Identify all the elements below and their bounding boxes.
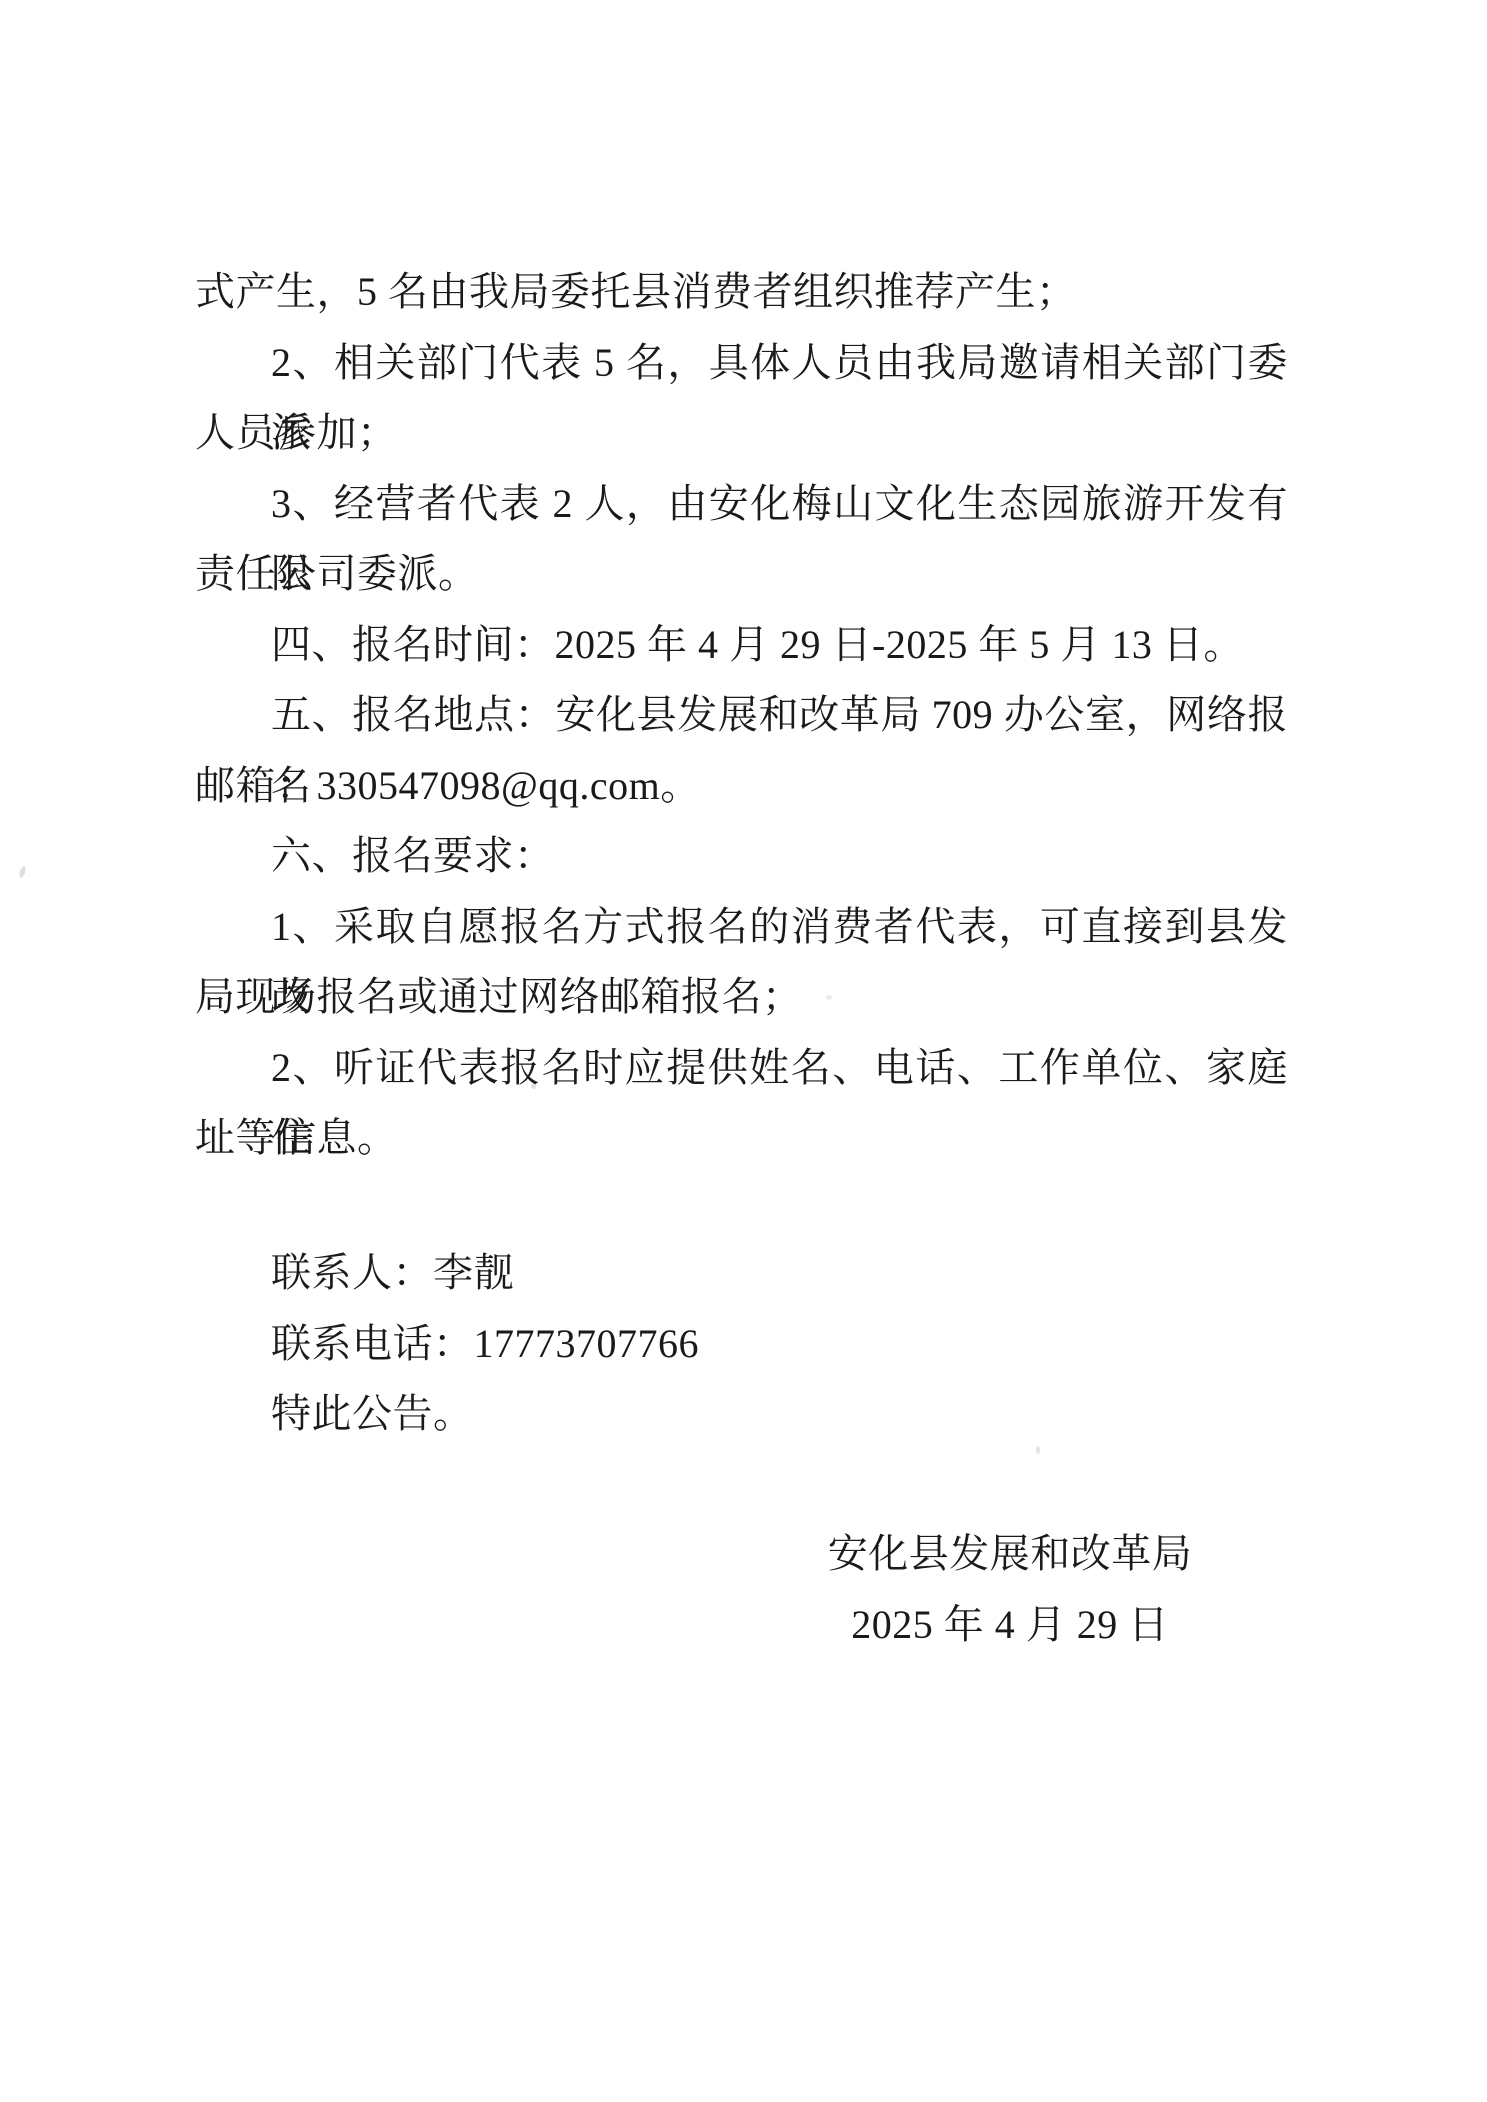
body-line: 五、报名地点：安化县发展和改革局 709 办公室，网络报名 [195,680,1288,751]
signature-org: 安化县发展和改革局 [820,1519,1200,1590]
contact-phone-line: 联系电话：17773707766 [271,1309,699,1380]
body-line: 六、报名要求： [195,821,1288,892]
signature-block: 安化县发展和改革局 2025 年 4 月 29 日 [820,1519,1200,1660]
document-page: 式产生，5 名由我局委托县消费者组织推荐产生； 2、相关部门代表 5 名，具体人… [0,0,1487,2102]
body-line: 人员参加； [195,398,1288,469]
body-line: 式产生，5 名由我局委托县消费者组织推荐产生； [195,257,1288,328]
body-line: 1、采取自愿报名方式报名的消费者代表，可直接到县发改 [195,892,1288,963]
body-line: 邮箱：330547098@qq.com。 [195,751,1288,822]
body-line: 四、报名时间：2025 年 4 月 29 日-2025 年 5 月 13 日。 [195,610,1288,681]
scan-artifact [1036,1446,1040,1454]
body-line: 责任公司委派。 [195,539,1288,610]
body-line: 2、听证代表报名时应提供姓名、电话、工作单位、家庭住 [195,1033,1288,1104]
body-line: 址等信息。 [195,1103,1288,1174]
body-line: 3、经营者代表 2 人，由安化梅山文化生态园旅游开发有限 [195,469,1288,540]
signature-date: 2025 年 4 月 29 日 [820,1590,1200,1661]
closing-line: 特此公告。 [271,1379,699,1450]
scan-artifact [531,1084,536,1089]
body-line: 局现场报名或通过网络邮箱报名； [195,962,1288,1033]
contact-person-line: 联系人：李靓 [271,1238,699,1309]
scan-artifact [18,866,26,879]
notice-body: 式产生，5 名由我局委托县消费者组织推荐产生； 2、相关部门代表 5 名，具体人… [195,257,1288,1174]
body-line: 2、相关部门代表 5 名，具体人员由我局邀请相关部门委派 [195,328,1288,399]
scan-artifact [826,995,832,1000]
contact-block: 联系人：李靓 联系电话：17773707766 特此公告。 [271,1238,699,1450]
